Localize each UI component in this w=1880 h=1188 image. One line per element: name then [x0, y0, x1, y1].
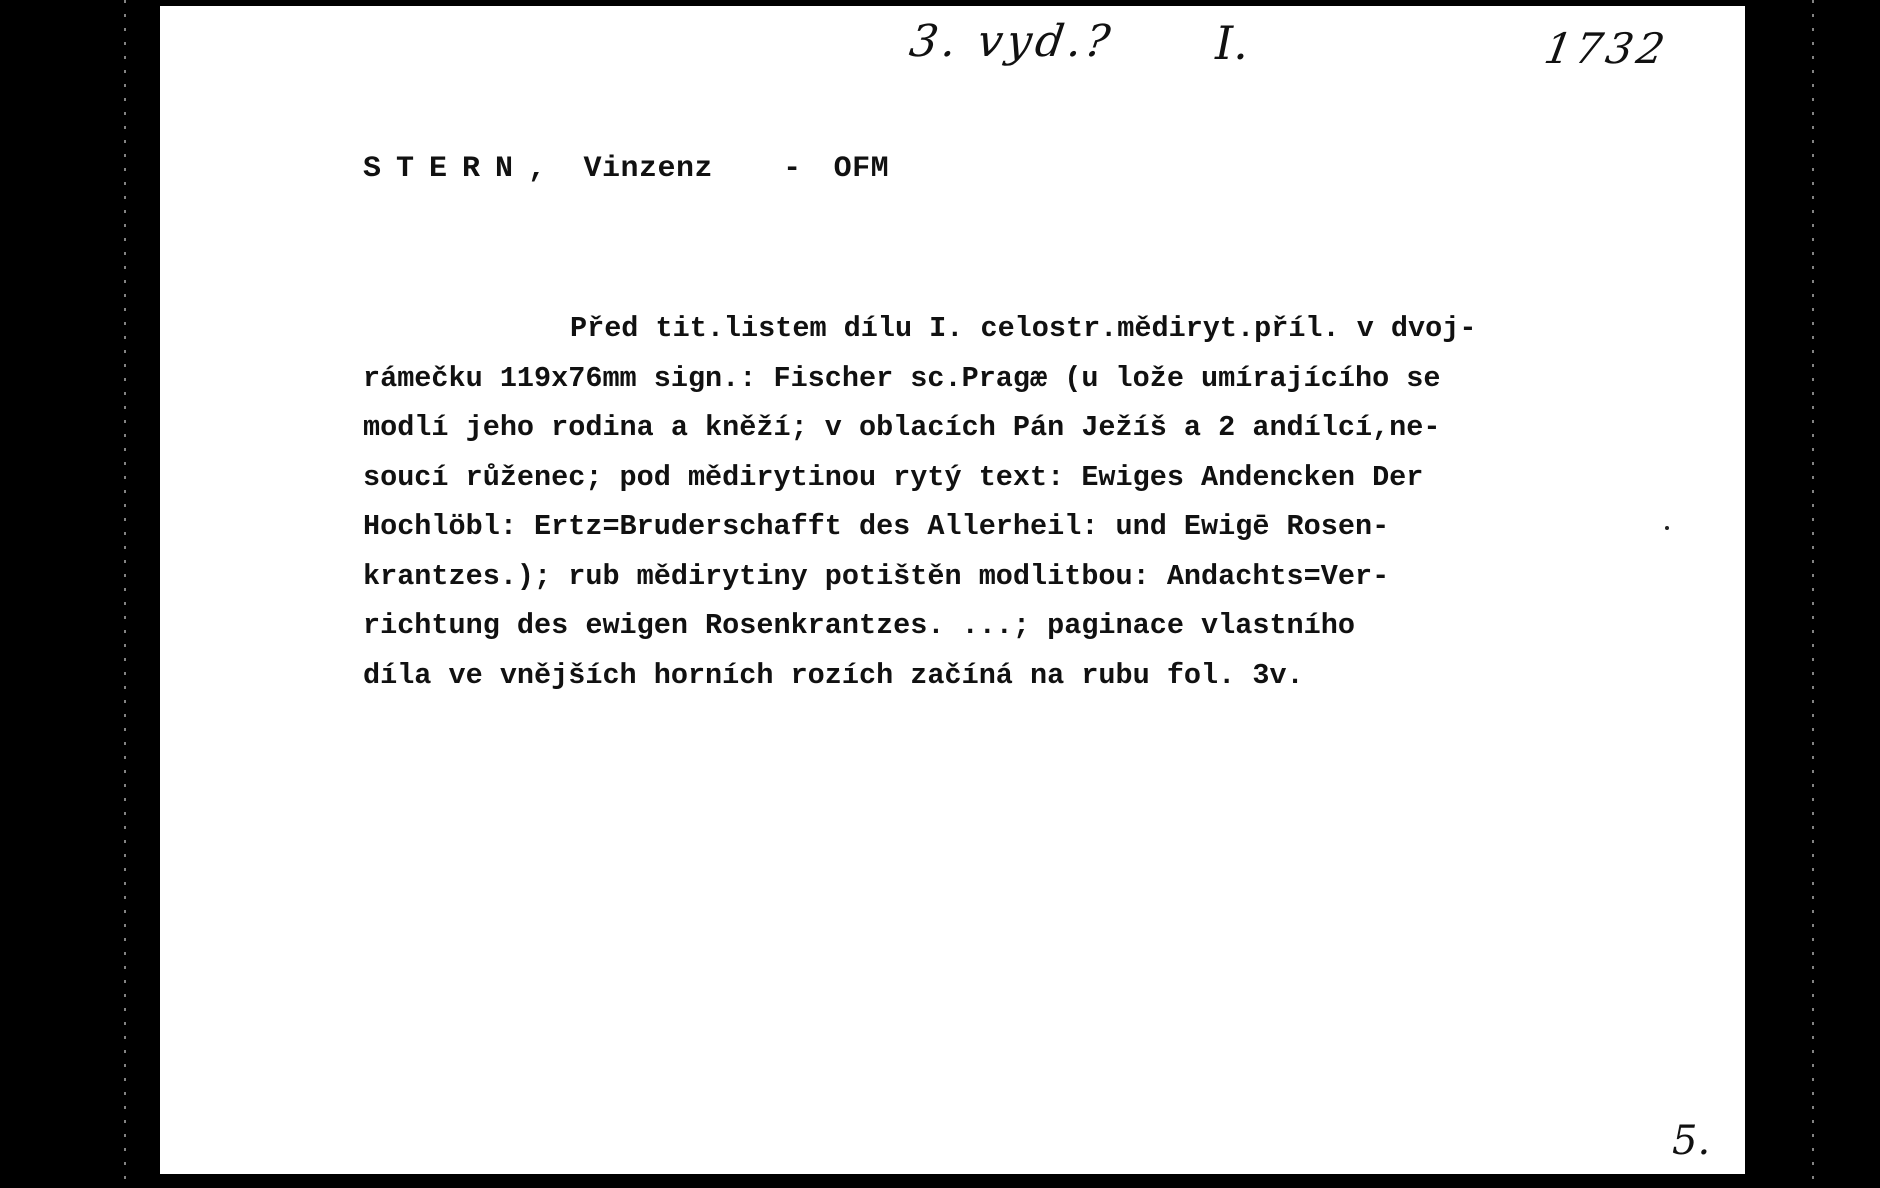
- heading-comma: ,: [528, 152, 584, 186]
- author-surname: STERN: [363, 152, 528, 186]
- description-line: modlí jeho rodina a kněží; v oblacích Pá…: [363, 403, 1653, 453]
- religious-order: OFM: [834, 152, 890, 186]
- description-line: Před tit.listem dílu I. celostr.mědiryt.…: [363, 304, 1653, 354]
- heading-separator: -: [783, 152, 802, 186]
- description-line: Hochlöbl: Ertz=Bruderschafft des Allerhe…: [363, 502, 1653, 552]
- description-line: richtung des ewigen Rosenkrantzes. ...; …: [363, 601, 1653, 651]
- author-given-name: Vinzenz: [584, 152, 714, 186]
- ink-speck: [1665, 526, 1669, 530]
- scan-edge-line-right: [1812, 0, 1814, 1188]
- handwritten-edition-note: 3. vyd.?: [906, 16, 1117, 67]
- description-line: krantzes.); rub mědirytiny potištěn modl…: [363, 552, 1653, 602]
- description-line: soucí růženec; pod mědirytinou rytý text…: [363, 453, 1653, 503]
- handwritten-volume-mark: I.: [1215, 16, 1248, 70]
- catalog-card: 3. vyd.? I. 1732 STERN, Vinzenz-OFM Před…: [160, 6, 1745, 1174]
- description-line: rámečku 119x76mm sign.: Fischer sc.Pragæ…: [363, 354, 1653, 404]
- handwritten-page-number: 5.: [1672, 1118, 1710, 1164]
- description-text: Před tit.listem dílu I. celostr.mědiryt.…: [363, 304, 1653, 700]
- description-line: díla ve vnějších horních rozích začíná n…: [363, 651, 1653, 701]
- handwritten-record-number: 1732: [1541, 24, 1673, 73]
- scan-edge-line: [124, 0, 126, 1188]
- card-heading: STERN, Vinzenz-OFM: [363, 152, 889, 186]
